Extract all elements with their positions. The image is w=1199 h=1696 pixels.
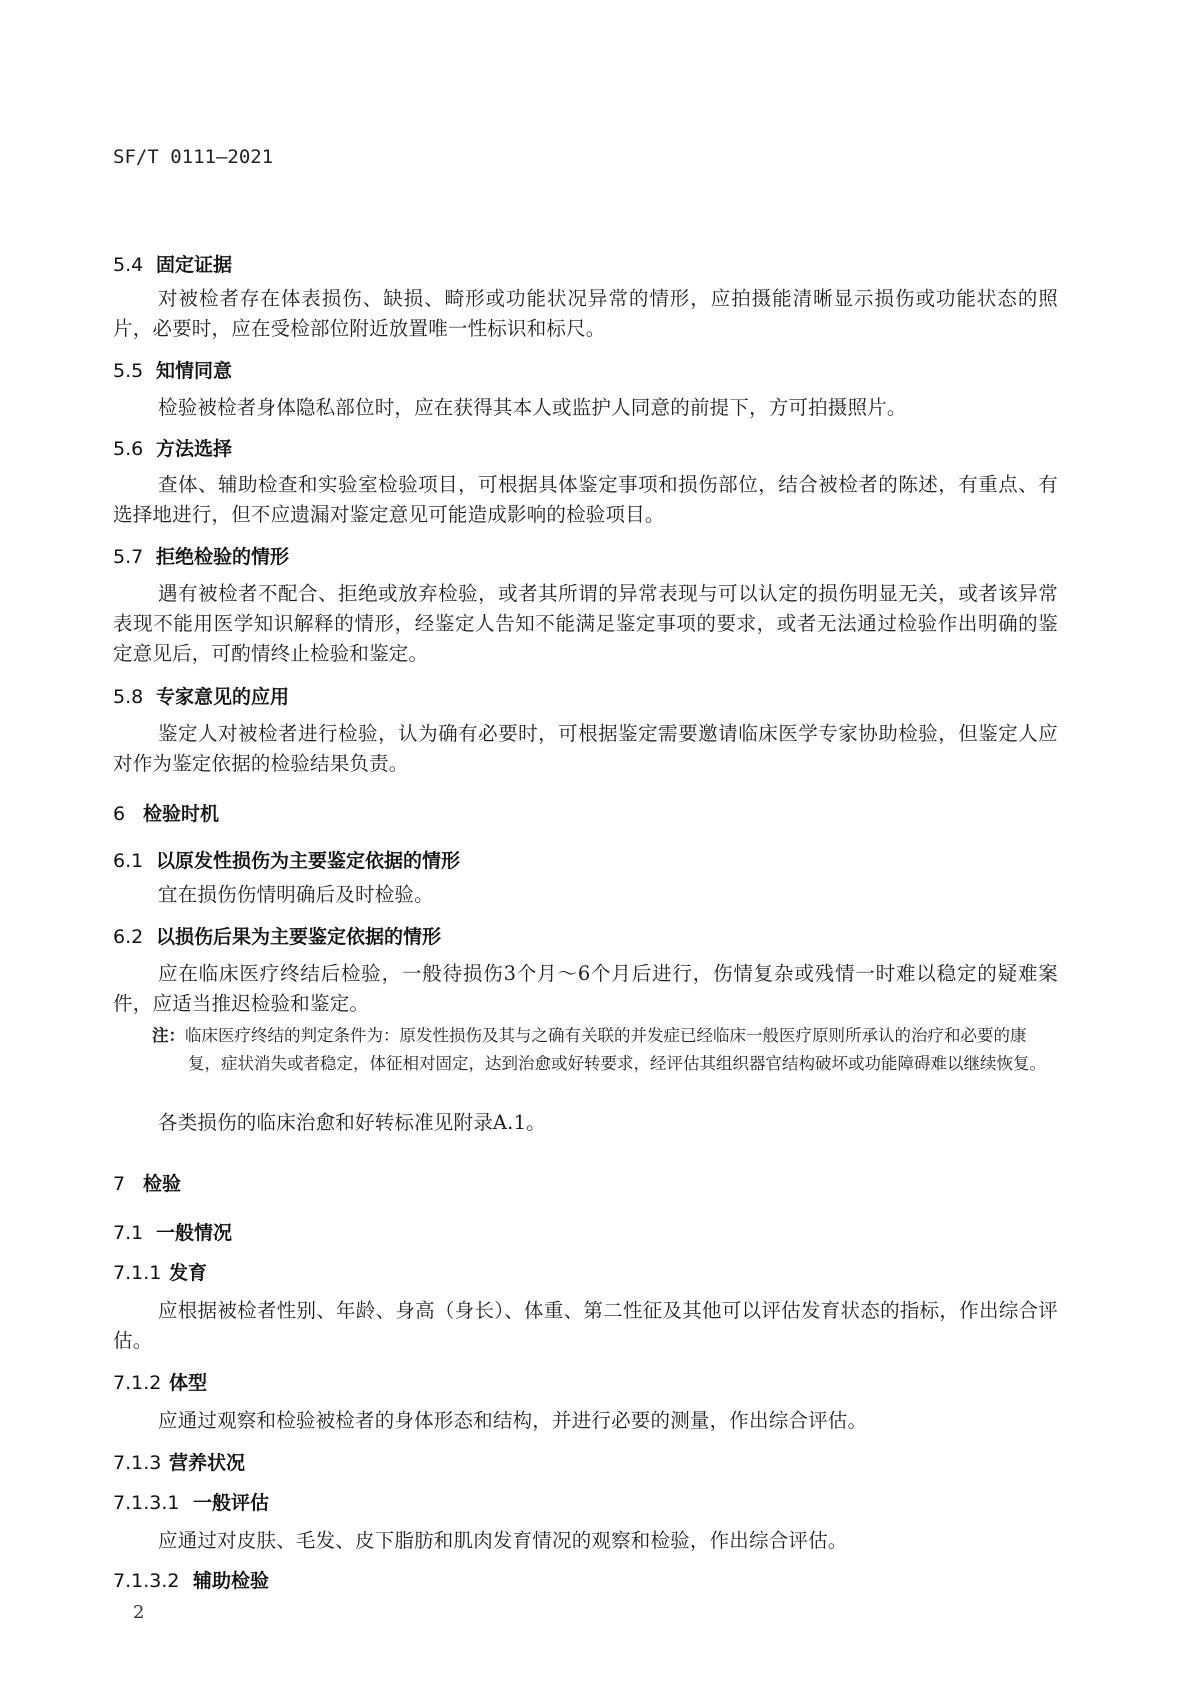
paragraph-5-7: 遇有被检者不配合、拒绝或放弃检验，或者其所谓的异常表现与可以认定的损伤明显无关，… — [113, 579, 1058, 669]
section-heading-5-7: 5.7拒绝检验的情形 — [113, 542, 289, 569]
paragraph-6-2-reference: 各类损伤的临床治愈和好转标准见附录A.1。 — [113, 1108, 1058, 1138]
document-page: SF/T 0111—2021 5.4固定证据 对被检者存在体表损伤、缺损、畸形或… — [0, 0, 1199, 1696]
section-heading-7-1-3-1: 7.1.3.1一般评估 — [113, 1488, 269, 1515]
note-6-2: 注：临床医疗终结的判定条件为：原发性损伤及其与之确有关联的并发症已经临床一般医疗… — [152, 1022, 1057, 1078]
section-heading-5-8: 5.8专家意见的应用 — [113, 682, 289, 709]
section-heading-7-1-3: 7.1.3营养状况 — [113, 1448, 245, 1475]
page-number: 2 — [133, 1602, 144, 1623]
document-code-header: SF/T 0111—2021 — [113, 146, 273, 168]
section-heading-6-2: 6.2以损伤后果为主要鉴定依据的情形 — [113, 922, 441, 949]
section-heading-6: 6检验时机 — [113, 799, 219, 826]
section-heading-7-1-1: 7.1.1发育 — [113, 1258, 207, 1285]
section-heading-7-1-2: 7.1.2体型 — [113, 1368, 207, 1395]
section-heading-6-1: 6.1以原发性损伤为主要鉴定依据的情形 — [113, 846, 460, 873]
paragraph-7-1-2: 应通过观察和检验被检者的身体形态和结构，并进行必要的测量，作出综合评估。 — [113, 1406, 1058, 1436]
paragraph-5-6: 查体、辅助检查和实验室检验项目，可根据具体鉴定事项和损伤部位，结合被检者的陈述，… — [113, 470, 1058, 530]
section-heading-7-1-3-2: 7.1.3.2辅助检验 — [113, 1566, 269, 1593]
paragraph-5-4: 对被检者存在体表损伤、缺损、畸形或功能状况异常的情形，应拍摄能清晰显示损伤或功能… — [113, 284, 1058, 344]
paragraph-6-2: 应在临床医疗终结后检验，一般待损伤3个月～6个月后进行，伤情复杂或残情一时难以稳… — [113, 959, 1058, 1019]
section-heading-5-4: 5.4固定证据 — [113, 250, 232, 277]
section-heading-7: 7检验 — [113, 1169, 181, 1196]
paragraph-6-1: 宜在损伤伤情明确后及时检验。 — [113, 880, 1058, 910]
section-heading-7-1: 7.1一般情况 — [113, 1218, 232, 1245]
section-heading-5-6: 5.6方法选择 — [113, 434, 232, 461]
paragraph-5-8: 鉴定人对被检者进行检验，认为确有必要时，可根据鉴定需要邀请临床医学专家协助检验，… — [113, 719, 1058, 779]
paragraph-7-1-1: 应根据被检者性别、年龄、身高（身长）、体重、第二性征及其他可以评估发育状态的指标… — [113, 1296, 1058, 1356]
note-label: 注： — [152, 1026, 185, 1045]
section-heading-5-5: 5.5知情同意 — [113, 356, 232, 383]
paragraph-5-5: 检验被检者身体隐私部位时，应在获得其本人或监护人同意的前提下，方可拍摄照片。 — [113, 393, 1058, 423]
paragraph-7-1-3-1: 应通过对皮肤、毛发、皮下脂肪和肌肉发育情况的观察和检验，作出综合评估。 — [113, 1526, 1058, 1556]
